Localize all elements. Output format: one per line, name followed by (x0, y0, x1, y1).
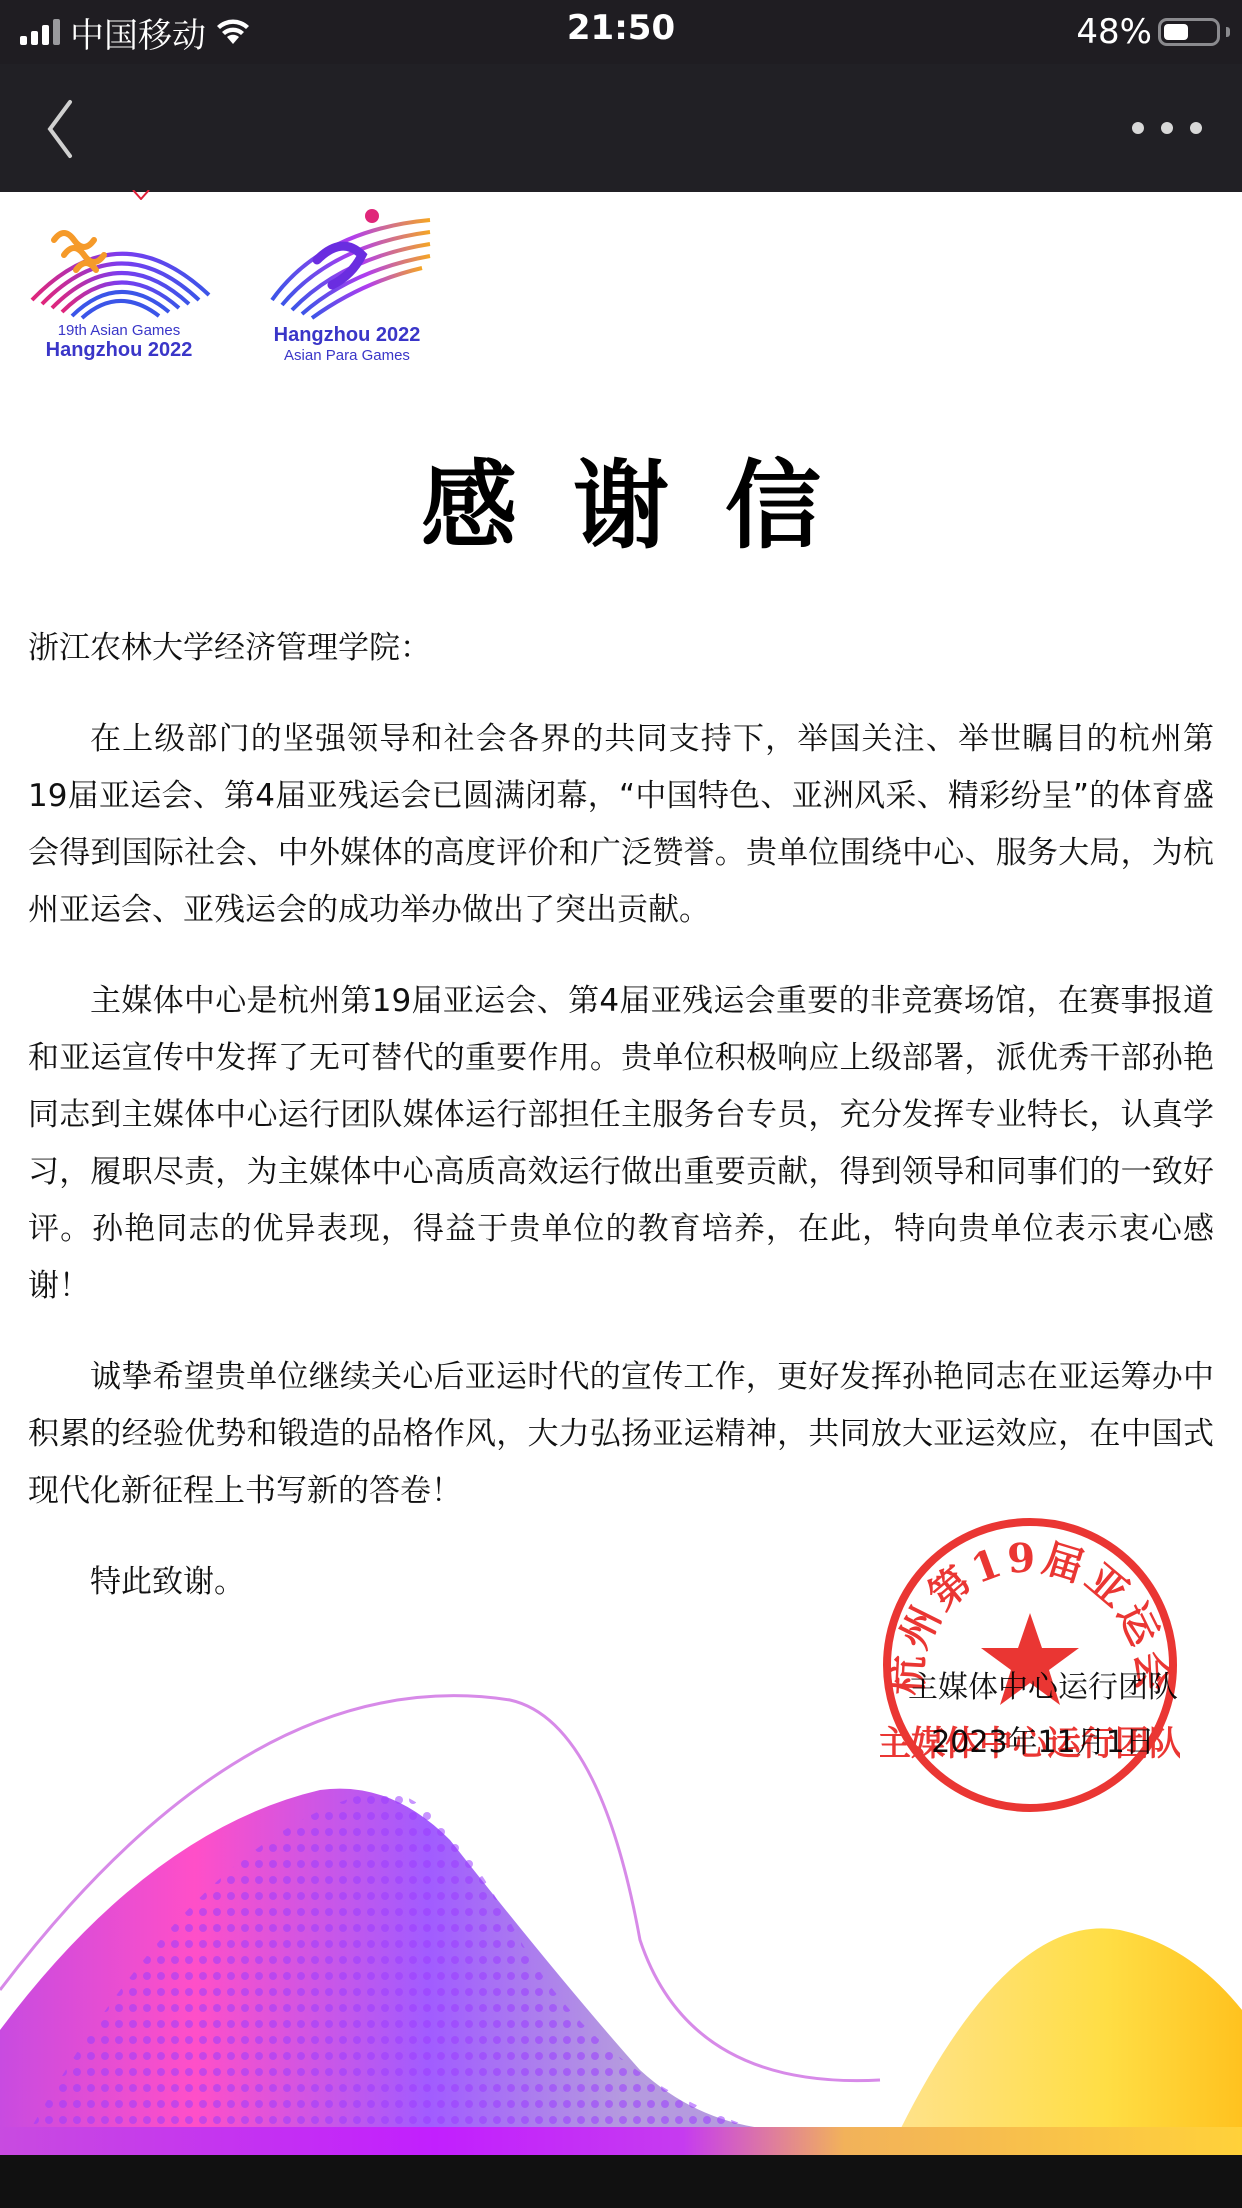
official-seal-icon: 杭州第19届亚运会 主媒体中心运行团队 (880, 1515, 1180, 1815)
logo-caption-line2: Asian Para Games (252, 347, 442, 364)
paragraph-3: 诚挚希望贵单位继续关心后亚运时代的宣传工作，更好发挥孙艳同志在亚运筹办中积累的经… (28, 1349, 1214, 1520)
chevron-left-icon (40, 94, 80, 164)
seal-inner-text: 主媒体中心运行团队 (880, 1724, 1180, 1764)
back-button[interactable] (40, 94, 80, 164)
nav-bar (0, 64, 1242, 192)
more-dots-icon (1132, 122, 1144, 134)
asian-games-caption: 19th Asian Games Hangzhou 2022 (24, 322, 214, 362)
asian-para-games-logo: Hangzhou 2022 Asian Para Games (262, 200, 432, 365)
status-bar: 中国移动 21:50 48% (0, 0, 1242, 64)
logo-caption-line2: Hangzhou 2022 (24, 339, 214, 362)
battery-cap (1226, 27, 1230, 37)
paragraph-1: 在上级部门的坚强领导和社会各界的共同支持下，举国关注、举世瞩目的杭州第19届亚运… (28, 711, 1214, 939)
battery-percent: 48% (1076, 12, 1152, 52)
asian-games-logo: 19th Asian Games Hangzhou 2022 (24, 200, 214, 365)
more-dot (1161, 122, 1173, 134)
more-button[interactable] (1132, 108, 1202, 148)
para-games-emblem-icon (262, 200, 432, 320)
clock: 21:50 (0, 8, 1242, 48)
bottom-bar (0, 2155, 1242, 2208)
para-games-caption: Hangzhou 2022 Asian Para Games (252, 324, 442, 364)
letter-body: 浙江农林大学经济管理学院： 在上级部门的坚强领导和社会各界的共同支持下，举国关注… (28, 620, 1214, 1645)
battery-icon (1158, 18, 1220, 46)
logo-caption-line1: Hangzhou 2022 (252, 324, 442, 347)
salutation: 浙江农林大学经济管理学院： (28, 620, 1214, 677)
asian-games-emblem-icon (24, 200, 214, 320)
letter-title: 感谢信 (0, 430, 1242, 567)
logo-caption-line1: 19th Asian Games (24, 322, 214, 339)
red-mark-icon (132, 190, 150, 200)
more-dot (1190, 122, 1202, 134)
paragraph-2: 主媒体中心是杭州第19届亚运会、第4届亚残运会重要的非竞赛场馆，在赛事报道和亚运… (28, 973, 1214, 1315)
